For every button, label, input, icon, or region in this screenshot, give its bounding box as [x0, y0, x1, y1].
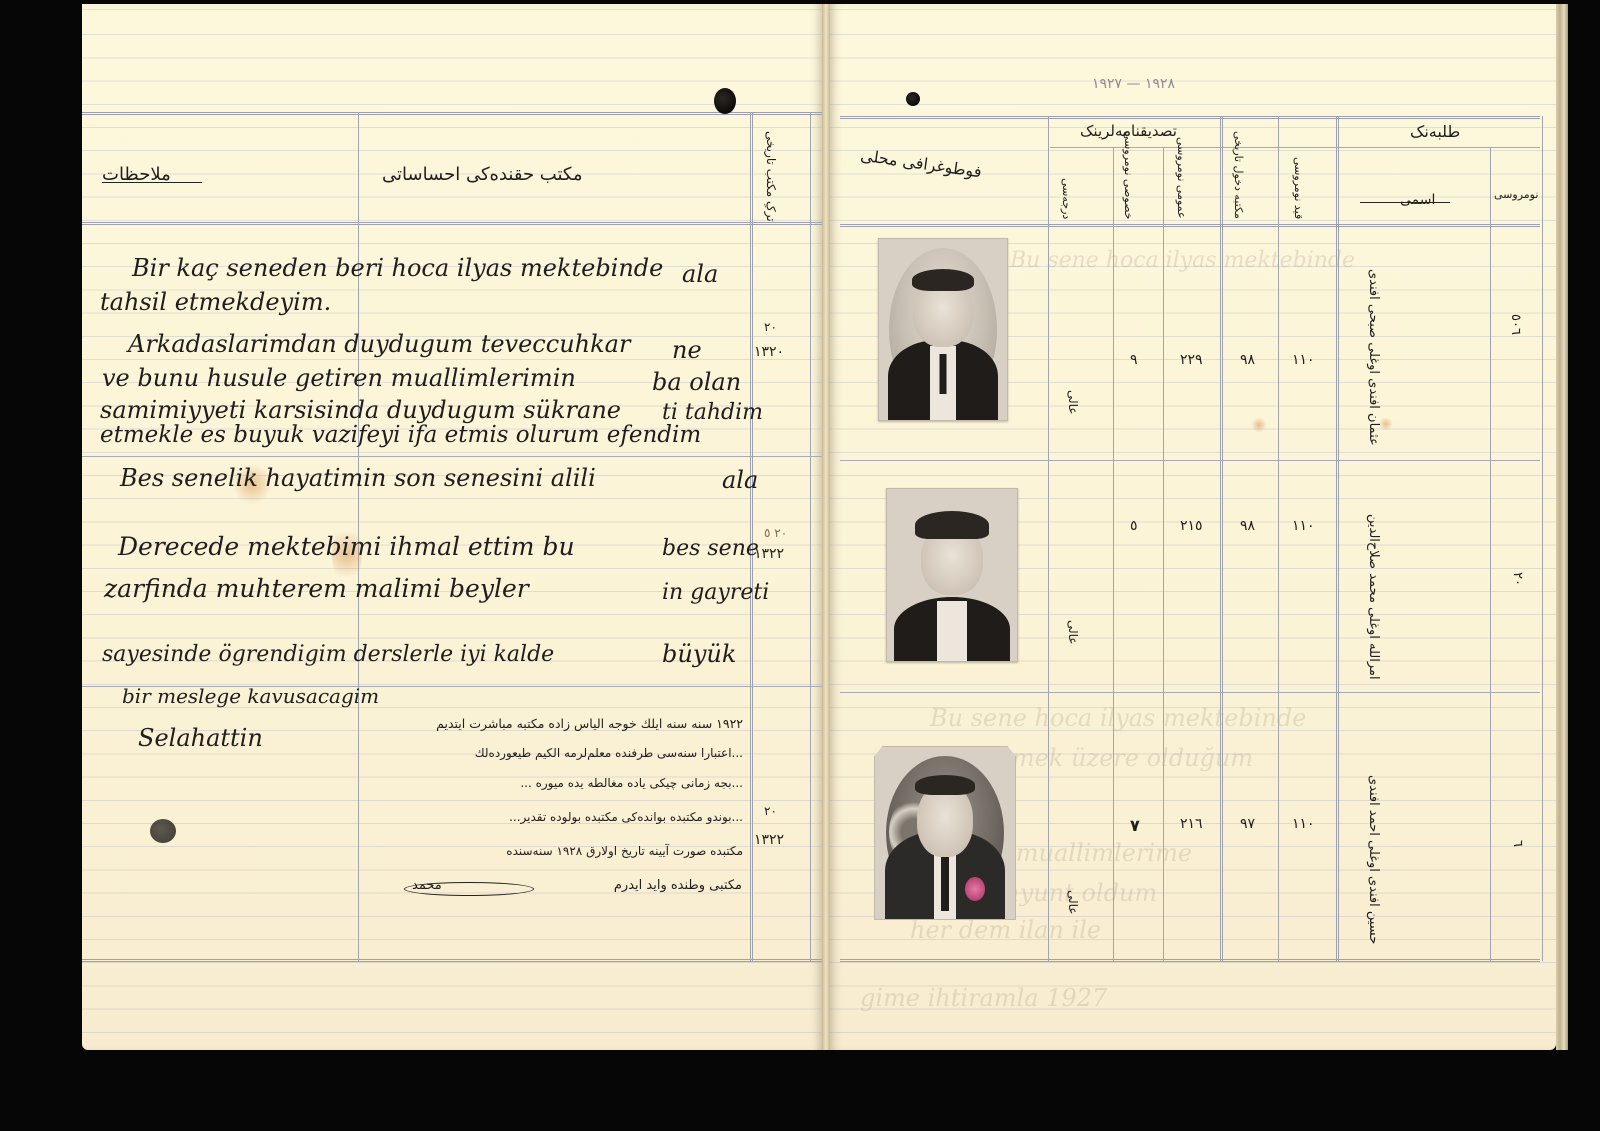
general-number: ٢٢٩: [1180, 352, 1203, 368]
date-top: ٢٠ ٥: [764, 526, 787, 540]
date-top: ٢٠: [764, 320, 777, 334]
entry-date: ٩٨: [1240, 352, 1255, 368]
header-grade: درجه‌سی: [1060, 164, 1073, 219]
essay-line: ve bunu husule getiren muallimlerimin: [102, 364, 576, 392]
ink-blot: [714, 88, 736, 114]
special-number: ٩: [1130, 352, 1138, 368]
essay-line: Arkadaslarimdan duydugum teveccuhkar: [128, 330, 630, 358]
book-gutter: [822, 4, 830, 1050]
essay-line: tahsil etmekdeyim.: [100, 288, 331, 316]
column-line: [1113, 147, 1114, 961]
ink-dot: [906, 92, 920, 106]
bleed-through-line: her dem ilan ile: [910, 916, 1101, 944]
pencil-overlay: ala: [722, 466, 758, 494]
stain: [1250, 418, 1268, 432]
essay-line: zarfinda muhterem malimi beyler: [104, 574, 529, 603]
header-flourish: [102, 182, 202, 183]
header-special-no: خصوصی نومروسی: [1122, 154, 1135, 219]
student-photo-1: [878, 238, 1008, 421]
grade: عالی: [1066, 774, 1080, 914]
date-bottom: ١٣٢٠: [754, 344, 784, 360]
header-bottom-rule: [82, 222, 822, 225]
column-line: [1542, 116, 1543, 961]
essay-line: bir meslege kavusacagim: [122, 684, 379, 708]
registry-number: ١١٠: [1292, 352, 1315, 368]
column-line: [1490, 147, 1491, 961]
table-bottom-rule: [840, 959, 1540, 962]
teacher-note-line: ...بوندو مکتبده بوانده‌کی مکتبده بولوده …: [348, 810, 743, 824]
grade: عالی: [1066, 504, 1080, 644]
header-student: طلبه‌نک: [1410, 122, 1460, 141]
column-line-edge: [810, 112, 811, 962]
header-name: اسمی: [1400, 192, 1435, 208]
ink-blot: [150, 819, 176, 843]
header-registry-number: قید نومروسی: [1292, 154, 1305, 219]
row-divider-1: [840, 460, 1540, 461]
essay-line: samimiyyeti karsisinda duydugum sükrane: [100, 396, 621, 424]
header-entry-date: مکتبه دخول تاریخی: [1232, 124, 1245, 219]
student-number: ٦: [1510, 840, 1525, 847]
column-line: [1048, 116, 1049, 961]
signature-flourish: [404, 882, 534, 896]
essay-line: Bes senelik hayatimin son senesini alili: [120, 464, 596, 492]
column-line: [1278, 116, 1279, 961]
pencil-overlay: ala: [682, 260, 718, 288]
date-bottom: ١٣٢٢: [754, 546, 784, 562]
pencil-overlay: ti tahdim: [662, 400, 763, 425]
entry-date: ٩٧: [1240, 816, 1255, 832]
registry-number: ١١٠: [1292, 518, 1315, 534]
row-divider-2: [840, 692, 1540, 693]
header-number: نومروسی: [1494, 188, 1538, 201]
teacher-note-line: ١٩٢٢ سنه سنه ایلك خوجه الیاس زاده مکتبه …: [318, 716, 743, 731]
column-line: [1220, 116, 1223, 961]
pencil-overlay: in gayreti: [662, 580, 769, 605]
student-number: ٥٠٦: [1508, 314, 1523, 335]
header-school-impressions: مکتب حقنده‌کی احساساتی: [382, 164, 583, 185]
header-departure-date: ترکِ مکتب تاریخی: [764, 132, 778, 222]
special-number: ٥: [1130, 518, 1138, 534]
right-page: Bu sene hoca ilyas mektebinde Bu sene ho…: [830, 4, 1556, 1050]
entry-date: ٩٨: [1240, 518, 1255, 534]
document-scan: ملاحظات مکتب حقنده‌کی احساساتی ترکِ مکتب…: [0, 0, 1600, 1131]
special-number: ٧: [1130, 816, 1140, 835]
date-top: ٢٠: [764, 804, 777, 818]
pencil-overlay: bes sene: [662, 536, 759, 561]
student-photo-3: [874, 746, 1016, 920]
registry-number: ١١٠: [1292, 816, 1315, 832]
header-top-rule: [82, 112, 822, 115]
pencil-overlay: ne: [672, 336, 702, 364]
teacher-note-line: ...بجه زمانی چیکی یاده مغالطه یده میوره …: [348, 776, 743, 790]
bleed-through-text: Bu sene hoca ilyas mektebinde: [1010, 244, 1355, 278]
student-name: امرالله اوغلی محمد صلاح‌الدین: [1366, 470, 1381, 680]
header-flourish: [1360, 202, 1450, 203]
header-general-no: عمومی نومروسی: [1175, 154, 1188, 219]
teacher-note-line: مکتبده صورت آیینه تاریخ اولارق ١٩٢٨ سنه‌…: [348, 844, 743, 858]
stain: [1378, 418, 1394, 430]
column-line: [1163, 147, 1164, 961]
pencil-overlay: büyük: [662, 640, 736, 668]
student-name: حسین افندی اوغلی احمد افندی: [1366, 744, 1381, 944]
table-bottom-rule: [82, 959, 822, 962]
bleed-through-line: Bu sene hoca ilyas mektebinde: [930, 704, 1306, 732]
general-number: ٢١٦: [1180, 816, 1203, 832]
teacher-note-line: ...اعتبارا سنه‌سی طرفنده معلم‌لرمه الکیم…: [348, 746, 743, 760]
pencil-overlay: ba olan: [652, 368, 741, 396]
row-divider-1: [82, 456, 822, 457]
essay-line: Bir kaç seneden beri hoca ilyas mektebin…: [132, 254, 663, 282]
essay-line: etmekle es buyuk vazifeyi ifa etmis olur…: [100, 422, 701, 448]
essay-line: Derecede mektebimi ihmal ettim bu: [118, 532, 575, 561]
student-name: عثمان افندی اوغلی صبحی افندی: [1366, 266, 1381, 446]
student-signature: Selahattin: [138, 724, 263, 752]
general-number: ٢١٥: [1180, 518, 1203, 534]
date-bottom: ١٣٢٢: [754, 832, 784, 848]
bleed-through-line: gime ihtiramla 1927: [860, 984, 1107, 1012]
student-photo-2: [886, 488, 1018, 662]
essay-line: sayesinde ögrendigim derslerle iyi kalde: [102, 642, 554, 667]
left-page: ملاحظات مکتب حقنده‌کی احساساتی ترکِ مکتب…: [82, 4, 822, 1050]
column-line: [1336, 116, 1339, 961]
page-edge: [1556, 4, 1568, 1050]
header-top-rule: [840, 116, 1540, 119]
student-number: ٢٠: [1510, 572, 1525, 586]
grade: عالی: [1066, 274, 1080, 414]
year-header: ١٩٢٨ — ١٩٢٧: [1092, 76, 1175, 92]
header-bottom-rule: [840, 224, 1540, 227]
